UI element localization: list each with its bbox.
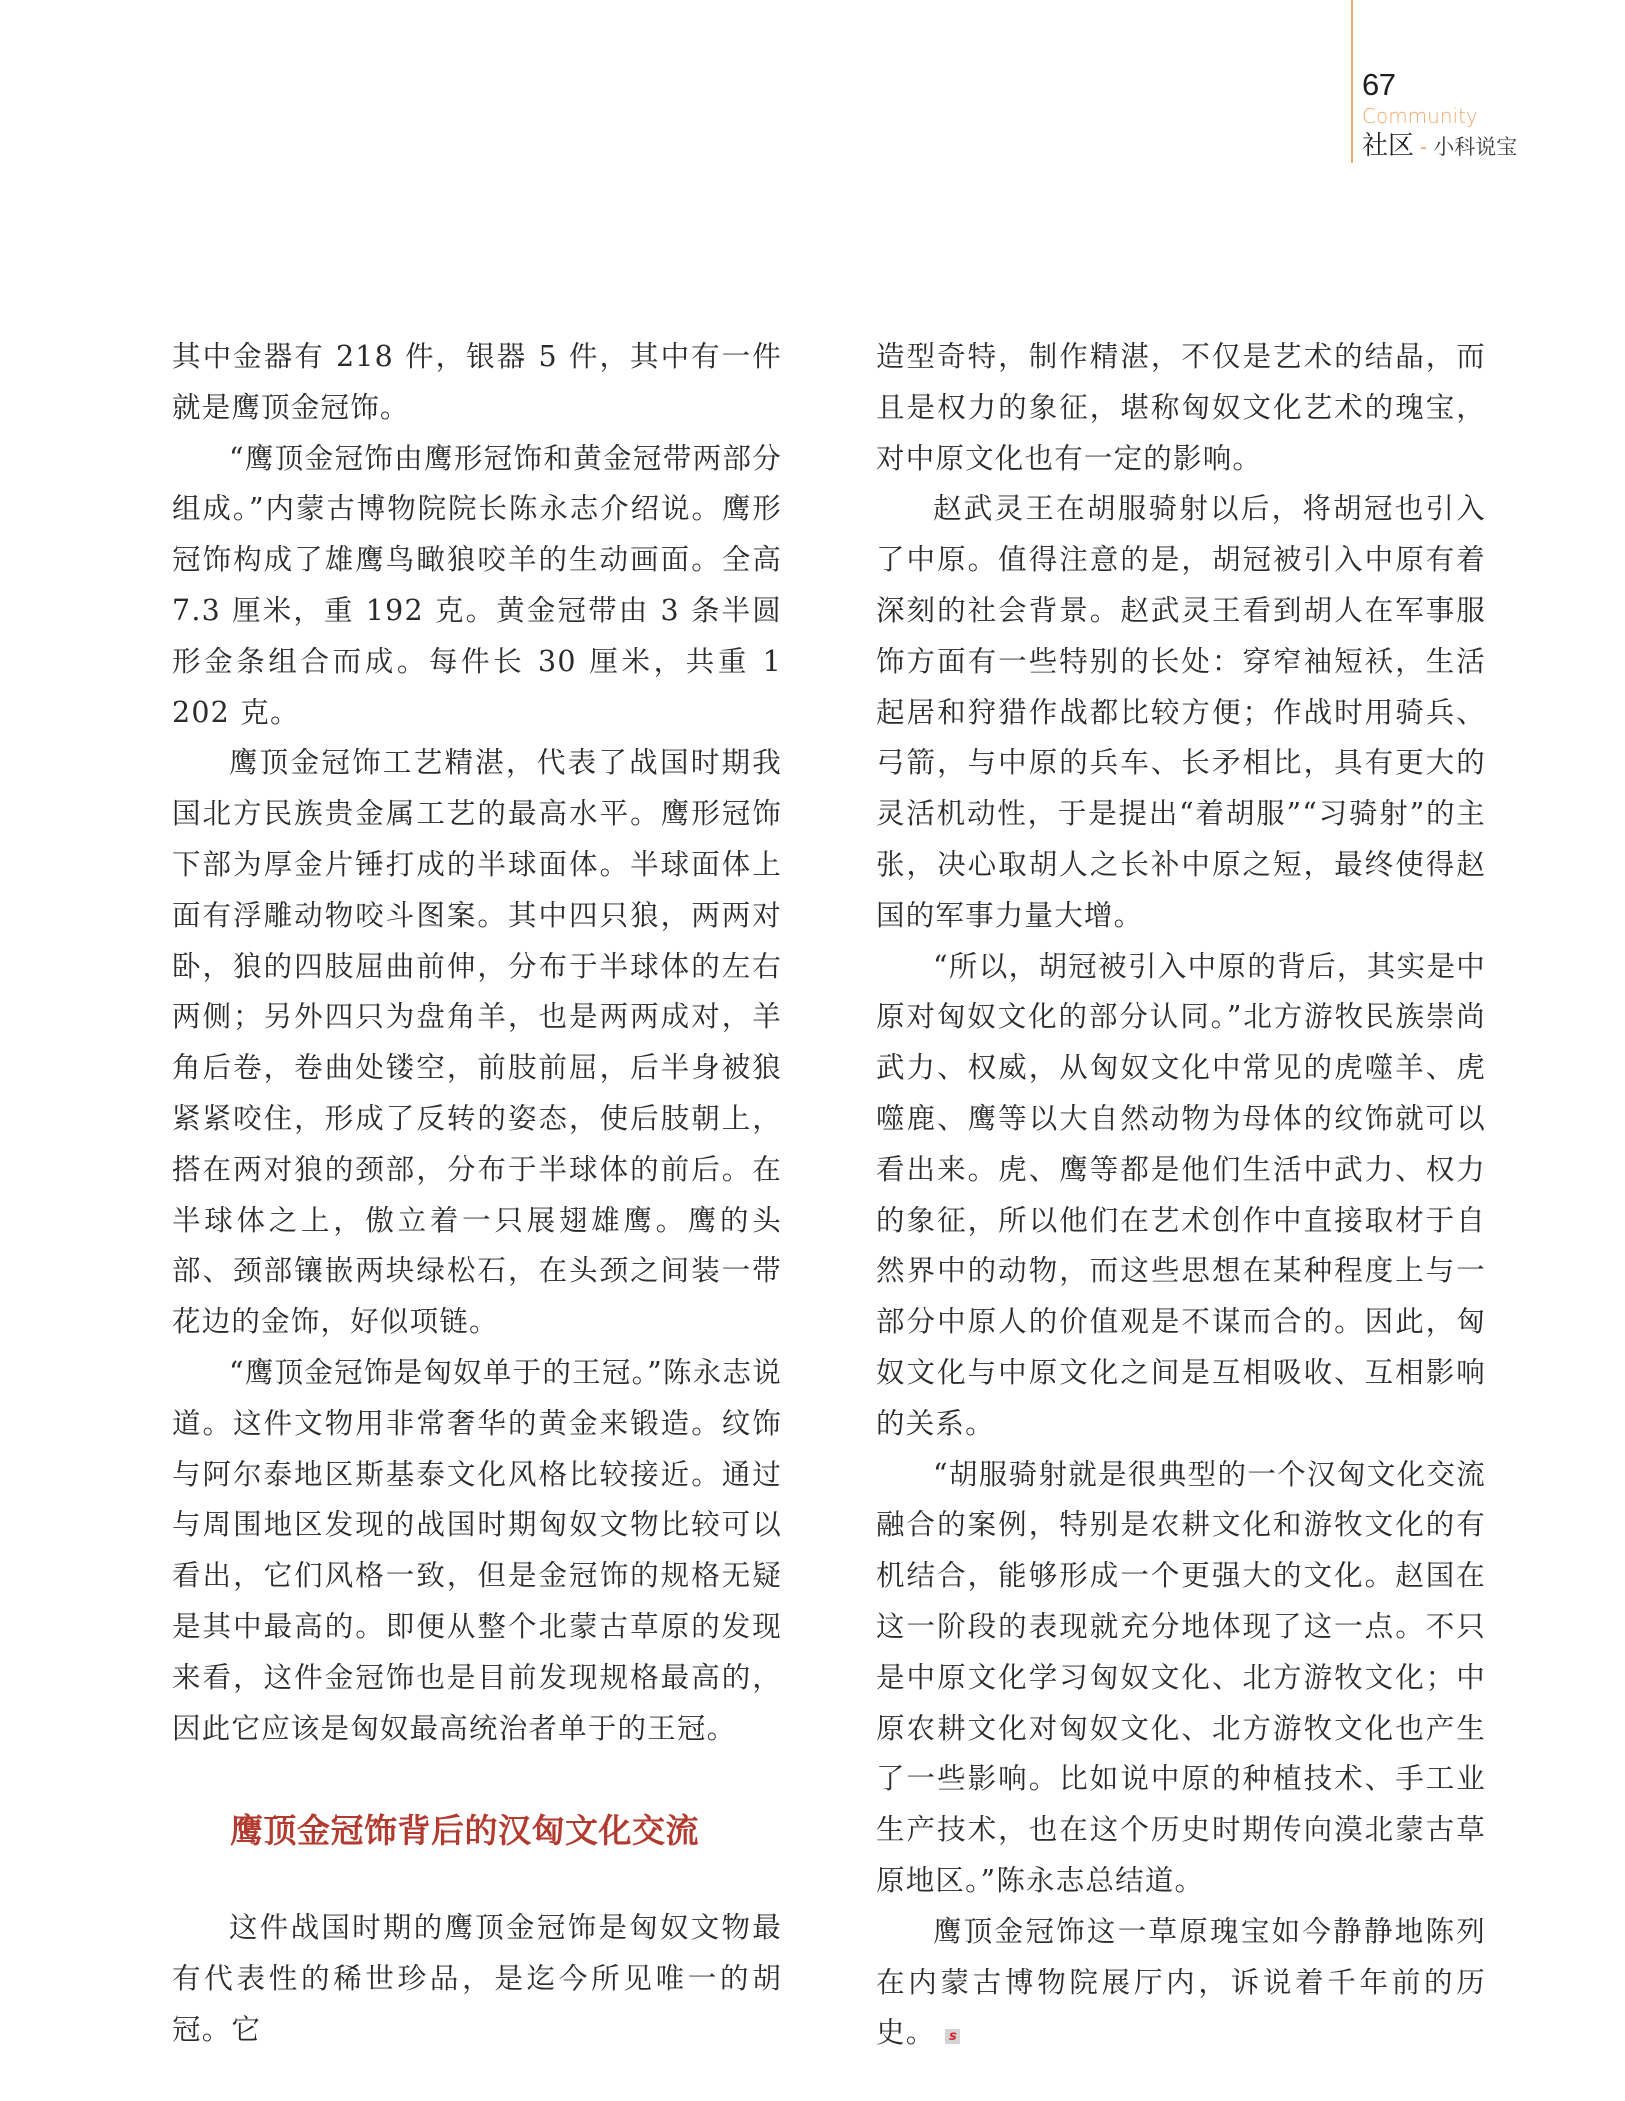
paragraph: “胡服骑射就是很典型的一个汉匈文化交流融合的案例，特别是农耕文化和游牧文化的有机… xyxy=(876,1450,1486,1907)
paragraph: “鹰顶金冠饰是匈奴单于的王冠。”陈永志说道。这件文物用非常奢华的黄金来锻造。纹饰… xyxy=(172,1348,782,1754)
paragraph: 赵武灵王在胡服骑射以后，将胡冠也引入了中原。值得注意的是，胡冠被引入中原有着深刻… xyxy=(876,484,1486,941)
section-heading: 鹰顶金冠饰背后的汉匈文化交流 xyxy=(172,1806,782,1856)
paragraph-final: 鹰顶金冠饰这一草原瑰宝如今静静地陈列在内蒙古博物院展厅内，诉说着千年前的历史。s xyxy=(876,1907,1486,2059)
section-label-cn: 社区-小科说宝 xyxy=(1362,130,1517,165)
paragraph: 其中金器有 218 件，银器 5 件，其中有一件就是鹰顶金冠饰。 xyxy=(172,332,782,434)
right-column: 造型奇特，制作精湛，不仅是艺术的结晶，而且是权力的象征，堪称匈奴文化艺术的瑰宝，… xyxy=(876,332,1486,2059)
column-name: 小科说宝 xyxy=(1433,135,1517,159)
paragraph-text: 鹰顶金冠饰这一草原瑰宝如今静静地陈列在内蒙古博物院展厅内，诉说着千年前的历史。 xyxy=(876,1915,1486,2050)
section-name: 社区 xyxy=(1362,131,1414,161)
paragraph: 鹰顶金冠饰工艺精湛，代表了战国时期我国北方民族贵金属工艺的最高水平。鹰形冠饰下部… xyxy=(172,738,782,1348)
end-mark-icon: s xyxy=(945,2029,960,2044)
left-column: 其中金器有 218 件，银器 5 件，其中有一件就是鹰顶金冠饰。 “鹰顶金冠饰由… xyxy=(172,332,782,2056)
header-rule xyxy=(1351,0,1353,163)
paragraph: 造型奇特，制作精湛，不仅是艺术的结晶，而且是权力的象征，堪称匈奴文化艺术的瑰宝，… xyxy=(876,332,1486,484)
separator: - xyxy=(1420,135,1427,159)
paragraph: 这件战国时期的鹰顶金冠饰是匈奴文物最有代表性的稀世珍品，是迄今所见唯一的胡冠。它 xyxy=(172,1903,782,2055)
section-label-en: Community xyxy=(1362,104,1478,128)
paragraph: “所以，胡冠被引入中原的背后，其实是中原对匈奴文化的部分认同。”北方游牧民族崇尚… xyxy=(876,942,1486,1450)
page-number: 67 xyxy=(1362,68,1395,102)
paragraph: “鹰顶金冠饰由鹰形冠饰和黄金冠带两部分组成。”内蒙古博物院院长陈永志介绍说。鹰形… xyxy=(172,434,782,739)
